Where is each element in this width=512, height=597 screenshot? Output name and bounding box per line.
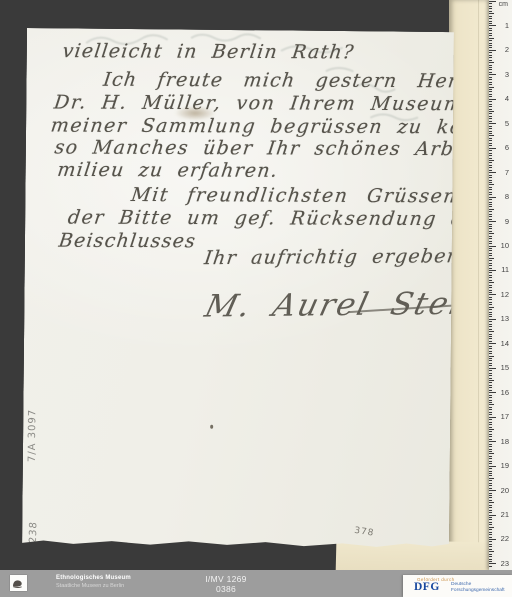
ruler-tick	[489, 358, 492, 359]
ruler-tick	[489, 346, 492, 347]
ruler-tick	[489, 82, 492, 83]
ruler-tick	[489, 309, 492, 310]
ruler-tick	[489, 331, 494, 332]
ruler-tick	[489, 189, 492, 190]
ruler-tick	[489, 87, 494, 88]
handwriting-line: meiner Sammlung begrüssen zu können &	[50, 115, 512, 139]
ruler-tick	[489, 407, 492, 408]
ruler-number: 22	[501, 534, 509, 543]
handwriting-line: so Manches über Ihr schönes Arbeits-	[53, 136, 503, 160]
ruler-tick	[489, 529, 492, 530]
ruler-number: 23	[501, 559, 509, 568]
ruler-tick	[489, 13, 494, 14]
ruler-tick	[489, 446, 492, 447]
ruler-tick	[489, 258, 494, 259]
ruler-number: 14	[501, 339, 509, 348]
ruler-tick	[489, 338, 492, 339]
ruler-tick	[489, 554, 492, 555]
ruler-tick	[489, 380, 494, 381]
ruler-tick	[489, 302, 492, 303]
ruler-tick	[489, 404, 494, 405]
ruler-tick	[489, 480, 492, 481]
ruler-tick	[489, 483, 492, 484]
ruler-tick	[489, 194, 492, 195]
ruler-tick	[489, 109, 492, 110]
ruler-tick	[489, 546, 492, 547]
ruler-tick	[489, 356, 494, 357]
ruler-tick	[489, 23, 492, 24]
handwriting-line: Dr. H. Müller, von Ihrem Museum, in	[53, 91, 509, 115]
ruler-tick	[489, 77, 492, 78]
ruler-tick	[489, 135, 494, 136]
ruler-tick	[489, 363, 492, 364]
ruler-tick	[489, 522, 492, 523]
ruler-tick	[489, 409, 492, 410]
handwriting-line: der Bitte um gef. Rücksendung des	[67, 207, 490, 231]
ruler-tick	[489, 566, 492, 567]
ruler-tick	[489, 219, 492, 220]
ruler-tick	[489, 192, 492, 193]
ruler-tick	[489, 126, 492, 127]
ruler-number: 18	[501, 437, 509, 446]
ruler-tick	[489, 50, 496, 51]
ruler-number: 21	[501, 510, 509, 519]
ruler-tick	[489, 40, 492, 41]
ruler-number: 8	[505, 192, 509, 201]
ruler-tick	[489, 45, 492, 46]
ruler-tick	[489, 500, 492, 501]
ruler-tick	[489, 343, 496, 344]
ruler-tick	[489, 277, 492, 278]
ruler-tick	[489, 162, 492, 163]
ruler-tick	[489, 559, 492, 560]
ruler-tick	[489, 431, 492, 432]
ruler-tick	[489, 16, 492, 17]
ruler-number: 2	[505, 45, 509, 54]
ruler-tick	[489, 43, 492, 44]
ruler-tick	[489, 187, 492, 188]
ruler-tick	[489, 128, 492, 129]
ruler-number: 6	[505, 143, 509, 152]
ruler-tick	[489, 30, 492, 31]
ruler-tick	[489, 285, 492, 286]
ruler-tick	[489, 527, 494, 528]
letter-page: vielleicht in Berlin Rath? Ich freute mi…	[22, 28, 454, 549]
ruler-tick	[489, 497, 492, 498]
ruler-tick	[489, 175, 492, 176]
ruler-tick	[489, 263, 492, 264]
ruler-tick	[489, 429, 494, 430]
ruler-number: 19	[501, 461, 509, 470]
ruler-unit-label: cm	[499, 1, 508, 8]
measurement-ruler: cm 1234567891011121314151617181920212223	[489, 0, 512, 570]
handwriting-line: Mit freundlichsten Grüssen &	[130, 184, 496, 208]
ruler-tick	[489, 231, 492, 232]
ink-smudge	[174, 105, 216, 120]
ruler-tick	[489, 353, 492, 354]
ruler-number: 5	[505, 119, 509, 128]
ruler-tick	[489, 113, 492, 114]
ruler-tick	[489, 158, 492, 159]
ruler-tick	[489, 180, 492, 181]
ruler-tick	[489, 519, 492, 520]
ruler-tick	[489, 260, 492, 261]
ruler-tick	[489, 537, 492, 538]
ruler-tick	[489, 475, 492, 476]
ruler-tick	[489, 515, 496, 516]
ruler-tick	[489, 233, 494, 234]
ruler-tick	[489, 116, 492, 117]
ruler-number: 13	[501, 314, 509, 323]
archival-scan: vielleicht in Berlin Rath? Ich freute mi…	[0, 0, 512, 597]
page-number: 0386	[166, 584, 286, 594]
ruler-tick	[489, 549, 492, 550]
ruler-tick	[489, 268, 492, 269]
ruler-number: 16	[501, 388, 509, 397]
ruler-tick	[489, 69, 492, 70]
ruler-tick	[489, 121, 492, 122]
ruler-tick	[489, 21, 492, 22]
ruler-tick	[489, 238, 492, 239]
ruler-tick	[489, 57, 492, 58]
ruler-tick	[489, 419, 492, 420]
ruler-tick	[489, 512, 492, 513]
ruler-tick	[489, 544, 492, 545]
ruler-tick	[489, 153, 492, 154]
ruler-tick	[489, 6, 492, 7]
ruler-tick	[489, 84, 492, 85]
ruler-tick	[489, 321, 492, 322]
ruler-tick	[489, 395, 492, 396]
ruler-tick	[489, 316, 492, 317]
ruler-tick	[489, 463, 492, 464]
ruler-tick	[489, 79, 492, 80]
ruler-tick	[489, 35, 492, 36]
museum-logo	[10, 575, 27, 591]
ruler-tick	[489, 488, 492, 489]
ruler-tick	[489, 224, 492, 225]
ruler-tick	[489, 184, 494, 185]
ruler-tick	[489, 314, 492, 315]
ruler-tick	[489, 8, 492, 9]
ruler-tick	[489, 275, 492, 276]
ruler-tick	[489, 18, 492, 19]
shelfmark-block: I/MV 1269 0386	[166, 574, 286, 594]
ruler-tick	[489, 65, 492, 66]
ruler-tick	[489, 204, 492, 205]
ruler-tick	[489, 385, 492, 386]
ruler-tick	[489, 382, 492, 383]
ruler-tick	[489, 534, 492, 535]
ruler-tick	[489, 290, 492, 291]
ruler-tick	[489, 28, 492, 29]
ruler-tick	[489, 427, 492, 428]
ruler-tick	[489, 236, 492, 237]
ruler-tick	[489, 211, 492, 212]
ruler-tick	[489, 387, 492, 388]
ruler-number: 3	[505, 70, 509, 79]
handwriting-line: vielleicht in Berlin Rath?	[61, 40, 355, 63]
ruler-tick	[489, 60, 492, 61]
ruler-tick	[489, 444, 492, 445]
ruler-tick	[489, 3, 492, 4]
ruler-tick	[489, 74, 496, 75]
ruler-tick	[489, 539, 496, 540]
ruler-tick	[489, 392, 496, 393]
museum-name: Ethnologisches Museum	[56, 575, 131, 581]
ruler-tick	[489, 468, 492, 469]
ruler-tick	[489, 378, 492, 379]
ruler-tick	[489, 104, 492, 105]
ruler-number: 10	[501, 241, 509, 250]
ruler-tick	[489, 502, 494, 503]
ruler-tick	[489, 209, 494, 210]
ruler-tick	[489, 199, 492, 200]
ruler-tick	[489, 561, 492, 562]
ruler-tick	[489, 250, 492, 251]
ruler-tick	[489, 138, 492, 139]
ruler-tick	[489, 282, 494, 283]
ruler-tick	[489, 456, 492, 457]
ruler-tick	[489, 25, 496, 26]
ruler-tick	[489, 243, 492, 244]
ruler-tick	[489, 270, 496, 271]
ruler-tick	[489, 466, 496, 467]
ruler-tick	[489, 485, 492, 486]
ruler-tick	[489, 436, 492, 437]
ruler-tick	[489, 478, 494, 479]
ruler-tick	[489, 453, 494, 454]
ruler-tick	[489, 299, 492, 300]
ruler-tick	[489, 253, 492, 254]
ruler-tick	[489, 111, 494, 112]
ruler-tick	[489, 532, 492, 533]
ruler-tick	[489, 461, 492, 462]
handwriting-line: Beischlusses	[58, 230, 198, 253]
ruler-tick	[489, 47, 492, 48]
ruler-tick	[489, 280, 492, 281]
ruler-tick	[489, 123, 496, 124]
ruler-tick	[489, 458, 492, 459]
ruler-tick	[489, 451, 492, 452]
ruler-tick	[489, 148, 496, 149]
ruler-tick	[489, 510, 492, 511]
ruler-tick	[489, 439, 492, 440]
ruler-tick	[489, 272, 492, 273]
ruler-tick	[489, 96, 492, 97]
dfg-name-line2: Forschungsgemeinschaft	[451, 588, 505, 594]
ruler-tick	[489, 402, 492, 403]
ruler-tick	[489, 38, 494, 39]
ruler-tick	[489, 62, 494, 63]
ruler-tick	[489, 424, 492, 425]
paper-speck	[210, 425, 213, 429]
ruler-tick	[489, 412, 492, 413]
ruler-tick	[489, 329, 492, 330]
ruler-tick	[489, 312, 492, 313]
ruler-tick	[489, 341, 492, 342]
ruler-tick	[489, 441, 496, 442]
ruler-number: 11	[501, 265, 509, 274]
ruler-tick	[489, 131, 492, 132]
ruler-tick	[489, 360, 492, 361]
ruler-tick	[489, 368, 496, 369]
shelfmark: I/MV 1269	[166, 574, 286, 584]
dfg-logo: Gefördert durch DFG Deutsche Forschungsg…	[403, 575, 512, 597]
ruler-tick	[489, 304, 492, 305]
ruler-tick	[489, 400, 492, 401]
ruler-tick	[489, 94, 492, 95]
ruler-number: 12	[501, 290, 509, 299]
ruler-tick	[489, 89, 492, 90]
footer-bar: Ethnologisches Museum Staatliche Museen …	[0, 570, 512, 597]
ruler-tick	[489, 255, 492, 256]
ruler-tick	[489, 226, 492, 227]
ruler-tick	[489, 170, 492, 171]
ruler-tick	[489, 541, 492, 542]
ruler-tick	[489, 390, 492, 391]
ruler-tick	[489, 524, 492, 525]
ruler-tick	[489, 150, 492, 151]
ruler-tick	[489, 33, 492, 34]
ruler-number: 1	[505, 21, 509, 30]
ruler-tick	[489, 297, 492, 298]
ruler-tick	[489, 155, 492, 156]
ruler-tick	[489, 172, 496, 173]
ruler-tick	[489, 202, 492, 203]
ruler-tick	[489, 449, 492, 450]
ruler-tick	[489, 373, 492, 374]
ruler-tick	[489, 52, 492, 53]
ruler-tick	[489, 177, 492, 178]
ruler-tick	[489, 334, 492, 335]
ruler-tick	[489, 434, 492, 435]
museum-org: Staatliche Museen zu Berlin	[56, 583, 131, 589]
ruler-tick	[489, 167, 492, 168]
ruler-tick	[489, 551, 494, 552]
ruler-tick	[489, 118, 492, 119]
ruler-tick	[489, 351, 492, 352]
ruler-number: 15	[501, 363, 509, 372]
ruler-tick	[489, 370, 492, 371]
ruler-number: 7	[505, 168, 509, 177]
museum-logo-glyph	[10, 575, 27, 591]
ruler-tick	[489, 422, 492, 423]
ruler-tick	[489, 319, 496, 320]
ruler-tick	[489, 140, 492, 141]
ruler-tick	[489, 99, 496, 100]
ruler-tick	[489, 563, 496, 564]
ruler-tick	[489, 287, 492, 288]
handwriting-line: milieu zu erfahren.	[56, 159, 279, 182]
ruler-tick	[489, 106, 492, 107]
pencil-annotation-vertical-upper: 7/A 3097	[27, 409, 39, 462]
ruler-tick	[489, 471, 492, 472]
ruler-tick	[489, 145, 492, 146]
dfg-name: Deutsche Forschungsgemeinschaft	[451, 582, 505, 593]
dfg-acronym: DFG	[414, 581, 440, 593]
ruler-tick	[489, 365, 492, 366]
ruler-tick	[489, 397, 492, 398]
ruler-tick	[489, 490, 496, 491]
ruler-tick	[489, 417, 496, 418]
ruler-tick	[489, 246, 496, 247]
handwriting-line: Ich freute mich gestern Herrn	[102, 69, 483, 93]
ruler-tick	[489, 91, 492, 92]
ruler-tick	[489, 473, 492, 474]
museum-label: Ethnologisches Museum Staatliche Museen …	[56, 575, 131, 589]
ruler-tick	[489, 326, 492, 327]
signature: M. Aurel Stein	[201, 286, 488, 325]
ruler-tick	[489, 160, 494, 161]
ruler-tick	[489, 55, 492, 56]
ruler-number: 17	[501, 412, 509, 421]
ruler-tick	[489, 265, 492, 266]
ruler-tick	[489, 101, 492, 102]
ruler-tick	[489, 11, 492, 12]
ruler-tick	[489, 375, 492, 376]
ruler-tick	[489, 505, 492, 506]
ruler-tick	[489, 336, 492, 337]
ruler-tick	[489, 348, 492, 349]
ruler-tick	[489, 221, 496, 222]
ruler-tick	[489, 165, 492, 166]
ruler-tick	[489, 72, 492, 73]
ruler-tick	[489, 133, 492, 134]
ruler-tick	[489, 214, 492, 215]
ruler-number: 20	[501, 486, 509, 495]
ruler-tick	[489, 67, 492, 68]
ruler-tick	[489, 248, 492, 249]
ruler-tick	[489, 197, 496, 198]
ruler-tick	[489, 1, 496, 2]
ruler-tick	[489, 216, 492, 217]
ruler-tick	[489, 507, 492, 508]
ruler-number: 4	[505, 94, 509, 103]
ruler-tick	[489, 414, 492, 415]
ruler-tick	[489, 324, 492, 325]
ruler-tick	[489, 182, 492, 183]
pencil-annotation-vertical-lower: 4238	[28, 521, 39, 552]
ruler-tick	[489, 495, 492, 496]
ruler-tick	[489, 206, 492, 207]
ruler-number: 9	[505, 217, 509, 226]
handwriting-line: Ihr aufrichtig ergebener	[203, 245, 485, 269]
ruler-tick	[489, 294, 496, 295]
ruler-tick	[489, 228, 492, 229]
ruler-tick	[489, 292, 492, 293]
ruler-tick	[489, 307, 494, 308]
ruler-tick	[489, 143, 492, 144]
ruler-tick	[489, 241, 492, 242]
ruler-tick	[489, 493, 492, 494]
ruler-tick	[489, 517, 492, 518]
ruler-tick	[489, 556, 492, 557]
